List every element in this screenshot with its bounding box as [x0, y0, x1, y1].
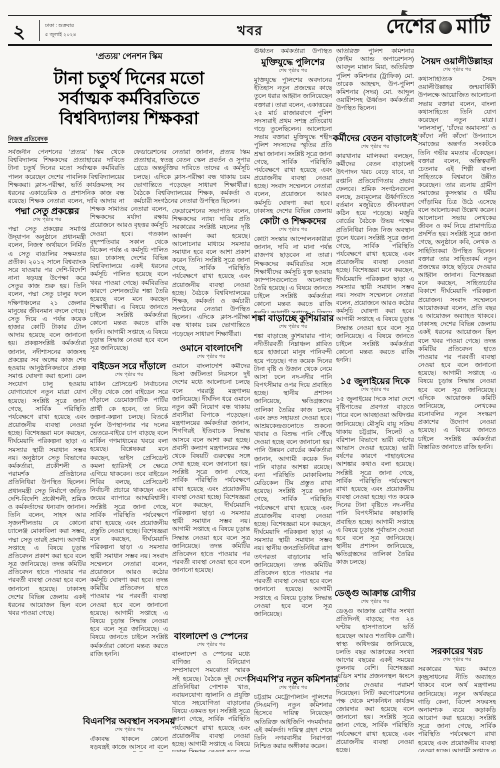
- article-headline: ১৫ জুলাইয়ের দিকে: [336, 376, 414, 386]
- column-5: অতিরিক্ত পুলিশ কমিশনার (ক্রাইম অ্যান্ড অ…: [336, 48, 414, 752]
- article-syed-body: কথাসাহিত্যিক সৈয়দ ওয়ালীউল্লাহর জন্মবার…: [418, 76, 496, 646]
- continued-label: শেষ পৃষ্ঠার পর: [336, 387, 414, 395]
- continued-label: শেষ পৃষ্ঠার পর: [418, 657, 496, 665]
- cmp-jump-body: অতিরিক্ত পুলিশ কমিশনার (ক্রাইম অ্যান্ড অ…: [336, 48, 414, 133]
- article-headline: মুক্তিযুদ্ধে পুলিশের: [254, 57, 332, 67]
- column-4: ঊর্ধ্বতন কর্মকর্তারা উপস্থিত ছিলেন। মুক্…: [254, 48, 332, 752]
- column-3: ফেডারেশনের সভাপতি বলেন, শিক্ষকদের ন্যায্…: [172, 48, 250, 752]
- article-headline: ওমানে বাংলাদেশি: [172, 343, 250, 353]
- continued-label: শেষ পৃষ্ঠার পর: [90, 372, 168, 380]
- lead-jump-body-2: ফেডারেশনের সভাপতি বলেন, শিক্ষকদের ন্যায্…: [172, 208, 250, 341]
- article-oman-head: ওমানে বাংলাদেশি শেষ পৃষ্ঠার পর: [172, 343, 250, 362]
- masthead: দেশের মাটি: [386, 17, 490, 37]
- article-sarkar-head: সরকারের খরচ শেষ পৃষ্ঠার পর: [418, 646, 496, 665]
- continued-label: শেষ পৃষ্ঠার পর: [8, 217, 86, 225]
- article-biden-body: মার্কিন প্রেসিডেন্ট নির্বাচনের দৌড় থেকে…: [90, 381, 168, 714]
- article-headline: পদ্মা সেতু প্রকল্পের: [8, 206, 86, 216]
- article-july15-head: ১৫ জুলাইয়ের দিকে শেষ পৃষ্ঠার পর: [336, 376, 414, 395]
- article-headline: বাংলাদেশ ও স্পেনের: [172, 631, 250, 641]
- article-dengue-body: ডেঙ্গু আক্রান্ত রোগীর সংখ্যা প্রতিদিনই ব…: [336, 608, 414, 752]
- article-mukti-body: মুক্তিযুদ্ধে পুলিশের অবদানের ইতিহাস নতুন…: [254, 77, 332, 216]
- article-headline: শঙ্কা বাড়াচ্ছে কুশিয়ারার: [254, 313, 332, 323]
- masthead-globe-icon: [439, 21, 452, 34]
- article-spain-head: বাংলাদেশ ও স্পেনের শেষ পৃষ্ঠার পর: [172, 631, 250, 650]
- article-headline: ডেঙ্গু আক্রান্ত রোগীর: [336, 588, 414, 598]
- article-quota-head: কোটা ও শিক্ষকদের শেষ পৃষ্ঠার পর: [254, 216, 332, 235]
- continued-label: শেষ পৃষ্ঠার পর: [336, 599, 414, 607]
- lead-jump-body: শিক্ষক সমিতির নেতারা বলেন, শিক্ষকদের মর্…: [90, 206, 168, 359]
- continued-label: শেষ পৃষ্ঠার পর: [172, 354, 250, 362]
- masthead-word-right: মাটি: [456, 17, 490, 37]
- article-cmp-head: সিএমপি'র নতুন কমিশনার শেষ পৃষ্ঠার পর: [254, 674, 332, 693]
- article-padma-head: পদ্মা সেতু প্রকল্পের শেষ পৃষ্ঠার পর: [8, 206, 86, 225]
- article-bnp-head: বিএনপির অবস্থান সবসময় শেষ পৃষ্ঠার পর: [90, 716, 168, 735]
- continued-label: শেষ পৃষ্ঠার পর: [172, 642, 250, 650]
- continued-label: শেষ পৃষ্ঠার পর: [90, 727, 168, 735]
- article-july15-body: ১৫ জুলাইয়ের দিকে সারা দেশে বৃষ্টিপাতের …: [336, 396, 414, 588]
- article-syed-head: সৈয়দ ওয়ালীউল্লাহর শেষ পৃষ্ঠার পর: [418, 56, 496, 75]
- article-karmider-head: কর্মীদের বেতন বাড়ালেই শেষ পৃষ্ঠার পর: [336, 133, 414, 152]
- article-karmider-body: কারখানার মালিকরা বলছেন, কর্মীদের বেতন বা…: [336, 153, 414, 376]
- column-6: সৈয়দ ওয়ালীউল্লাহর শেষ পৃষ্ঠার পর কথাসা…: [418, 48, 496, 752]
- jump-tail-line: ঊর্ধ্বতন কর্মকর্তারা উপস্থিত ছিলেন।: [254, 48, 332, 56]
- continued-label: শেষ পৃষ্ঠার পর: [418, 67, 496, 75]
- continued-label: শেষ পৃষ্ঠার পর: [254, 227, 332, 235]
- column-2: শিক্ষক সমিতির নেতারা বলেন, শিক্ষকদের মর্…: [90, 48, 168, 752]
- article-biden-head: বাইডেন সরে দাঁড়ালে শেষ পৃষ্ঠার পর: [90, 361, 168, 380]
- column-1: পদ্মা সেতু প্রকল্পের শেষ পৃষ্ঠার পর পদ্ম…: [8, 48, 86, 752]
- article-headline: সিএমপি'র নতুন কমিশনার: [254, 674, 332, 684]
- article-headline: সরকারের খরচ: [418, 646, 496, 656]
- header-rule: [8, 44, 492, 46]
- article-headline: বিএনপির অবস্থান সবসময়: [90, 716, 168, 726]
- continued-label: শেষ পৃষ্ঠার পর: [254, 68, 332, 76]
- article-headline: কর্মীদের বেতন বাড়ালেই: [336, 133, 414, 143]
- article-kushiyara-body: শঙ্কা বাড়াচ্ছে কুশিয়ারার পানি; নদীতীরব…: [254, 333, 332, 674]
- article-quota-body: কোটা সংস্কার আন্দোলনকারীরা জানান, দাবি ন…: [254, 236, 332, 313]
- article-cmp-body: চট্টগ্রাম মেট্রোপলিটন পুলিশের (সিএমপি) ন…: [254, 694, 332, 752]
- masthead-word-left: দেশের: [386, 17, 436, 37]
- article-kushiyara-head: শঙ্কা বাড়াচ্ছে কুশিয়ারার শেষ পৃষ্ঠার প…: [254, 313, 332, 332]
- article-dengue-head: ডেঙ্গু আক্রান্ত রোগীর শেষ পৃষ্ঠার পর: [336, 588, 414, 607]
- article-sarkar-body: সরকারের খরচ কমাতে কৃচ্ছ্রসাধনের নীতি অব্…: [418, 666, 496, 752]
- article-bnp-body: ঐক্যবদ্ধ থাকলে কোনো ষড়যন্ত্রই কাজে আসবে…: [90, 736, 168, 752]
- article-oman-body: ওমানে বাংলাদেশি কর্মীদের ভিসা জটিলতা নির…: [172, 363, 250, 629]
- article-headline: সৈয়দ ওয়ালীউল্লাহর: [418, 56, 496, 66]
- continued-label: শেষ পৃষ্ঠার পর: [254, 324, 332, 332]
- continued-label: শেষ পৃষ্ঠার পর: [336, 144, 414, 152]
- article-headline: কোটা ও শিক্ষকদের: [254, 216, 332, 226]
- article-headline: বাইডেন সরে দাঁড়ালে: [90, 361, 168, 371]
- article-padma-body: পদ্মা সেতু প্রকল্পের সমাপ্তি উদ্‌যাপন অন…: [8, 226, 86, 752]
- article-mukti-head: মুক্তিযুদ্ধে পুলিশের শেষ পৃষ্ঠার পর: [254, 57, 332, 76]
- article-spain-body: বাংলাদেশ ও স্পেনের মধ্যে বাণিজ্য ও বিনিয…: [172, 651, 250, 752]
- newspaper-page: ২ ঢাকা : শুক্রবার ৫ জুলাই ২০২৪ খবর দেশের…: [0, 0, 500, 768]
- continued-label: শেষ পৃষ্ঠার পর: [254, 685, 332, 693]
